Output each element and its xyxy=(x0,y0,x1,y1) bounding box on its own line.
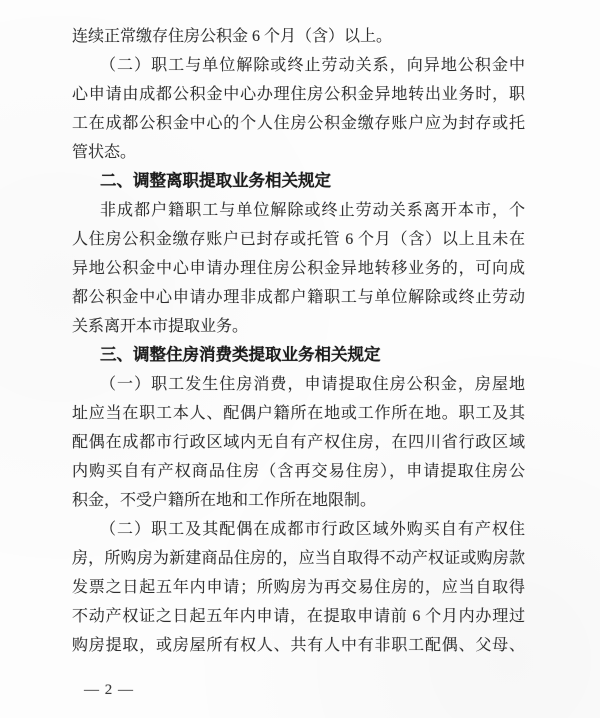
text-line: 连续正常缴存住房公积金 6 个月（含）以上。 xyxy=(72,22,525,51)
text-line: 房，所购房为新建商品住房的，应当自取得不动产权证或购房款 xyxy=(72,544,525,573)
text-line: 非成都户籍职工与单位解除或终止劳动关系离开本市，个 xyxy=(72,196,525,225)
text-line: 异地公积金中心申请办理住房公积金异地转移业务的，可向成 xyxy=(72,254,525,283)
text-line: 都公积金中心申请办理非成都户籍职工与单位解除或终止劳动 xyxy=(72,283,525,312)
text-line: （一）职工发生住房消费，申请提取住房公积金，房屋地 xyxy=(72,370,525,399)
text-line: 购房提取，或房屋所有权人、共有人中有非职工配偶、父母、 xyxy=(72,631,525,660)
text-line: 址应当在职工本人、配偶户籍所在地或工作所在地。职工及其 xyxy=(72,399,525,428)
text-line: 关系离开本市提取业务。 xyxy=(72,312,525,341)
section-heading: 二、调整离职提取业务相关规定 xyxy=(72,167,525,196)
text-line: 积金，不受户籍所在地和工作所在地限制。 xyxy=(72,486,525,515)
text-line: 发票之日起五年内申请；所购房为再交易住房的，应当自取得 xyxy=(72,573,525,602)
document-body: 连续正常缴存住房公积金 6 个月（含）以上。 （二）职工与单位解除或终止劳动关系… xyxy=(72,22,525,660)
section-heading: 三、调整住房消费类提取业务相关规定 xyxy=(72,341,525,370)
text-line: （二）职工及其配偶在成都市行政区域外购买自有产权住 xyxy=(72,515,525,544)
text-line: 配偶在成都市行政区域内无自有产权住房，在四川省行政区域 xyxy=(72,428,525,457)
text-line: 人住房公积金缴存账户已封存或托管 6 个月（含）以上且未在 xyxy=(72,225,525,254)
text-line: （二）职工与单位解除或终止劳动关系，向异地公积金中 xyxy=(72,51,525,80)
text-line: 管状态。 xyxy=(72,138,525,167)
text-line: 内购买自有产权商品住房（含再交易住房），申请提取住房公 xyxy=(72,457,525,486)
text-line: 工在成都公积金中心的个人住房公积金缴存账户应为封存或托 xyxy=(72,109,525,138)
text-line: 心申请由成都公积金中心办理住房公积金异地转出业务时，职 xyxy=(72,80,525,109)
text-line: 不动产权证之日起五年内申请，在提取申请前 6 个月内办理过 xyxy=(72,602,525,631)
document-page: 连续正常缴存住房公积金 6 个月（含）以上。 （二）职工与单位解除或终止劳动关系… xyxy=(0,0,600,718)
page-number: — 2 — xyxy=(72,682,525,699)
